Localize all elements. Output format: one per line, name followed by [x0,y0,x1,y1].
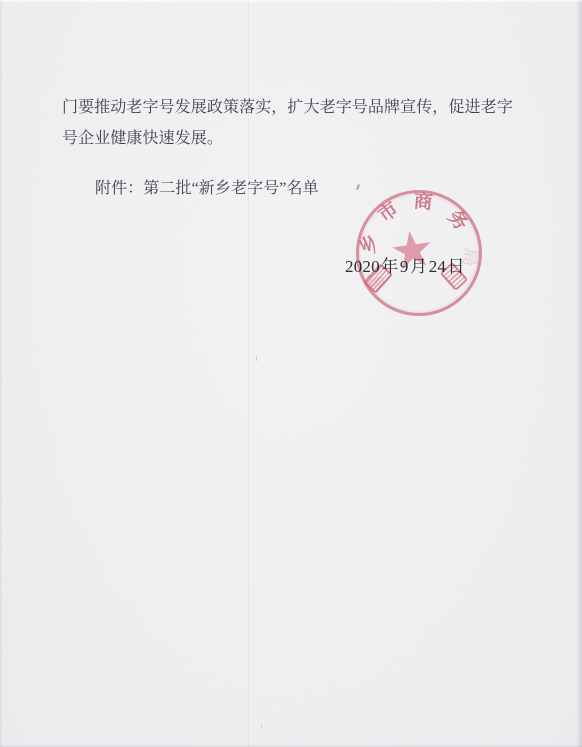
attachment-line: 附件：第二批“新乡老字号”名单 [95,179,319,199]
seal-arc-char: 局 [458,246,480,268]
body-line-1: 门要推动老字号发展政策落实，扩大老字号品牌宣传，促进老字 [62,93,532,124]
scanned-document-page: 门要推动老字号发展政策落实，扩大老字号品牌宣传，促进老字 号企业健康快速发展。 … [0,0,582,747]
official-seal: 新 乡 市 商 务 局 [356,190,482,316]
page-edge-shadow-right [576,0,582,747]
page-edge-highlight-top [0,0,582,2]
seal-arc-char: 商 [412,192,434,214]
red-star-icon [390,228,435,271]
scan-speck [261,724,262,728]
page-edge-shadow-left [0,0,3,747]
seal-arc-char: 乡 [358,232,381,255]
scan-speck [256,356,257,361]
body-paragraph: 门要推动老字号发展政策落实，扩大老字号品牌宣传，促进老字 号企业健康快速发展。 [62,93,532,154]
body-line-2: 号企业健康快速发展。 [62,124,532,155]
